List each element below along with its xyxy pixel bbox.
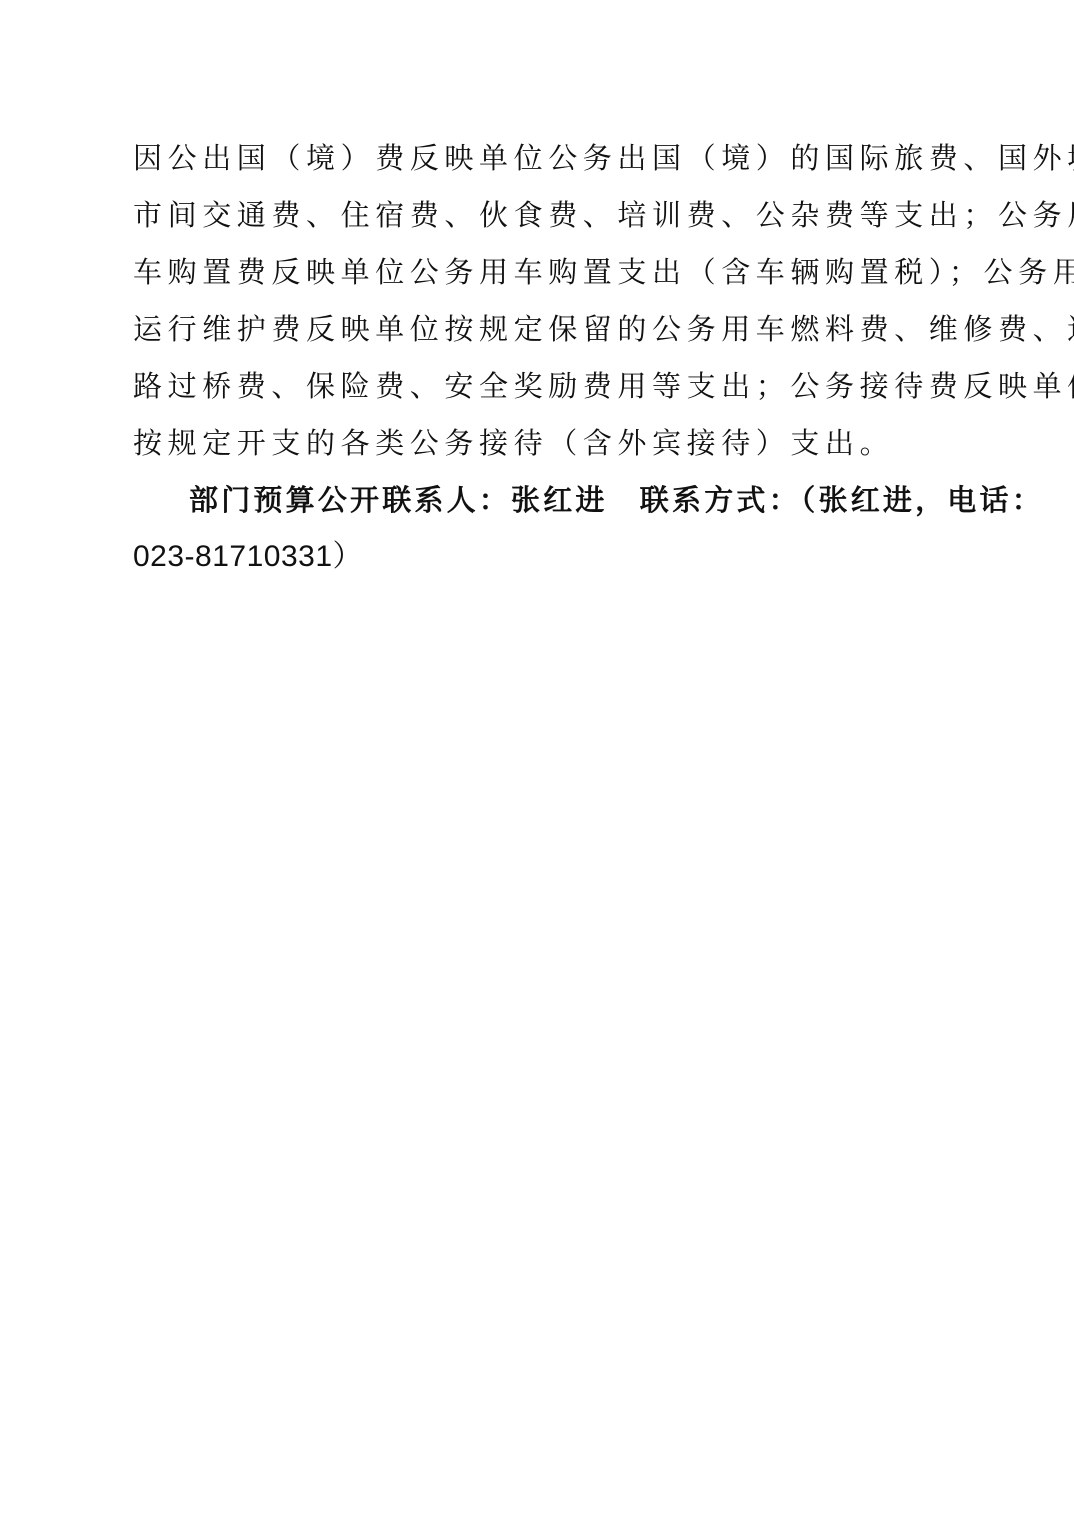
- paragraph-line-1: 因公出国（境）费反映单位公务出国（境）的国际旅费、国外城: [133, 136, 945, 193]
- paragraph-line-5: 路过桥费、保险费、安全奖励费用等支出；公务接待费反映单位: [133, 364, 945, 421]
- paragraph-line-6: 按规定开支的各类公务接待（含外宾接待）支出。: [133, 421, 945, 478]
- paragraph-line-3: 车购置费反映单位公务用车购置支出（含车辆购置税）；公务用车: [133, 250, 945, 307]
- contact-phone-line: 023-81710331）: [133, 535, 945, 592]
- document-page: 因公出国（境）费反映单位公务出国（境）的国际旅费、国外城 市间交通费、住宿费、伙…: [0, 0, 1074, 1520]
- document-body: 因公出国（境）费反映单位公务出国（境）的国际旅费、国外城 市间交通费、住宿费、伙…: [133, 136, 945, 592]
- paragraph-line-4: 运行维护费反映单位按规定保留的公务用车燃料费、维修费、过: [133, 307, 945, 364]
- paragraph-line-2: 市间交通费、住宿费、伙食费、培训费、公杂费等支出；公务用: [133, 193, 945, 250]
- contact-info-line: 部门预算公开联系人：张红进 联系方式：（张红进，电话：: [133, 478, 945, 535]
